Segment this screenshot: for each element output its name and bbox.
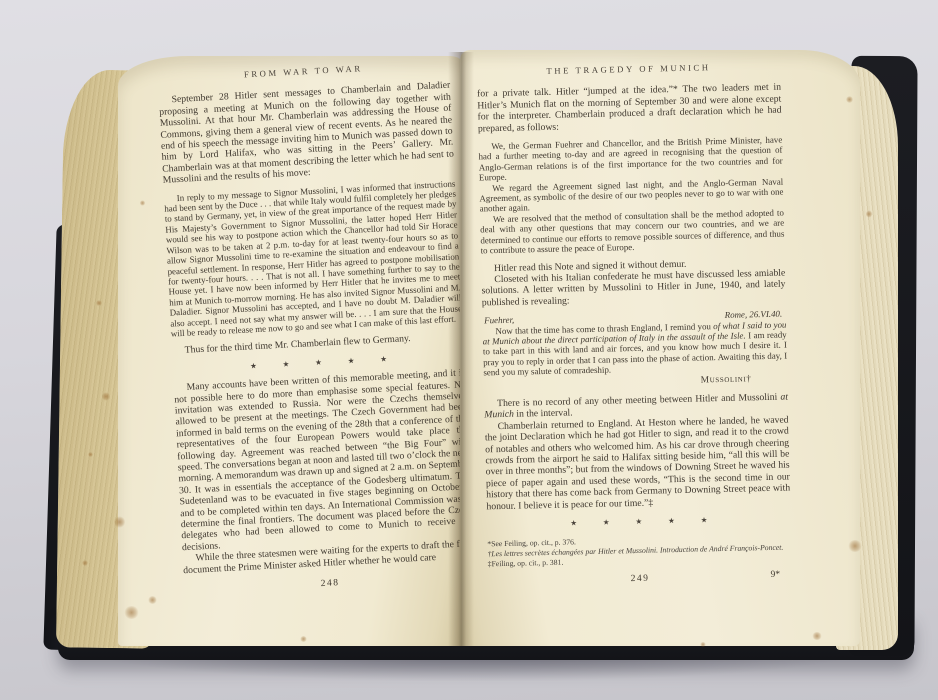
left-page: FROM WAR TO WAR September 28 Hitler sent… [118,56,464,646]
running-head-right: THE TRAGEDY OF MUNICH [476,61,780,79]
book-gutter-shadow [448,52,474,646]
block-quote: In reply to my message to Signor Mussoli… [163,178,462,339]
page-footer-right: 249 9* [488,571,792,589]
paragraph-roman: in the interval. [514,408,573,420]
block-quote: We are resolved that the method of consu… [480,207,785,256]
footnotes: *See Feiling, op. cit., p. 376. †Les let… [487,533,792,569]
foxing-spot [96,300,102,306]
foxing-spot [82,560,88,566]
right-page-text: THE TRAGEDY OF MUNICH for a private talk… [476,61,792,589]
foxing-spot [114,516,125,528]
left-page-text: FROM WAR TO WAR September 28 Hitler sent… [157,59,476,598]
section-separator-stars: ★ ★ ★ ★ ★ [487,513,791,531]
foxing-spot [148,596,157,604]
paragraph: Chamberlain returned to England. At Hest… [485,414,791,512]
paragraph: Many accounts have been written of this … [173,367,474,553]
paragraph: September 28 Hitler sent messages to Cha… [158,80,454,186]
foxing-spot [124,606,139,619]
foxing-spot [700,642,706,647]
right-page: THE TRAGEDY OF MUNICH for a private talk… [460,50,860,646]
foxing-spot [846,96,853,103]
foxing-spot [300,636,307,642]
foxing-spot [140,200,145,206]
foxing-spot [866,210,872,218]
page-number-right: 249 [631,574,650,584]
paragraph-roman: There is no record of any other meeting … [497,392,781,409]
letter-body: Now that the time has come to thrash Eng… [482,319,787,378]
book-photo: FROM WAR TO WAR September 28 Hitler sent… [0,0,938,700]
printers-signature-mark: 9* [770,570,780,582]
foxing-spot [812,632,822,640]
foxing-spot [848,540,862,552]
foxing-spot [102,392,110,401]
letter-salutation: Fuehrer, [484,315,514,326]
paragraph: for a private talk. Hitler “jumped at th… [477,82,782,135]
page-number-left: 248 [184,571,476,598]
foxing-spot [88,452,93,457]
paragraph: Closeted with his Italian confederate he… [481,267,786,308]
block-quote: We, the German Fuehrer and Chancellor, a… [478,135,783,184]
